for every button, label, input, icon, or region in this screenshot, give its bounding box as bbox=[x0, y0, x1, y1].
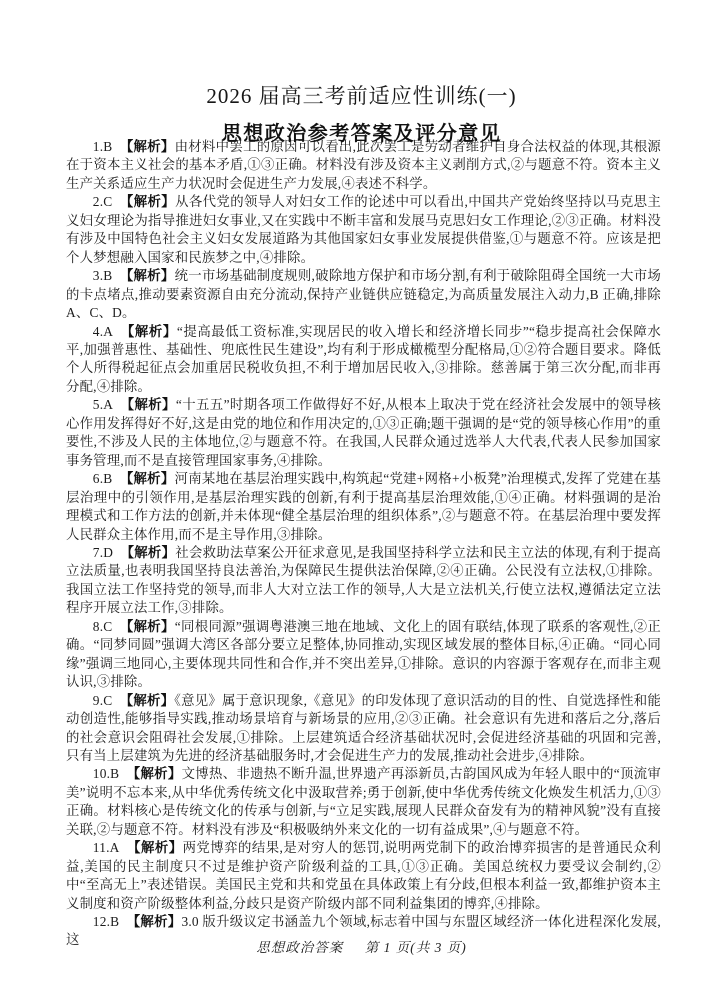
answer-list: 1.B【解析】由材料中罢工的原因可以看出,此次罢工是劳动者维护自身合法权益的体现… bbox=[66, 138, 661, 950]
question-number-and-answer: 1.B bbox=[93, 139, 113, 154]
answer-item: 5.A【解析】“十五五”时期各项工作做得好不好,从根本上取决于党在经济社会发展中… bbox=[66, 396, 661, 470]
answer-item: 8.C【解析】“同根同源”强调粤港澳三地在地域、文化上的固有联结,体现了联系的客… bbox=[66, 618, 661, 692]
question-number-and-answer: 7.D bbox=[93, 545, 113, 560]
answer-item: 11.A【解析】两党博弈的结果,是对穷人的惩罚,说明两党制下的政治博弈损害的是普… bbox=[66, 839, 661, 913]
question-number-and-answer: 2.C bbox=[93, 194, 113, 209]
question-number-and-answer: 10.B bbox=[93, 766, 119, 781]
answer-item: 1.B【解析】由材料中罢工的原因可以看出,此次罢工是劳动者维护自身合法权益的体现… bbox=[66, 138, 661, 193]
answer-item: 4.A【解析】“提高最低工资标准,实现居民的收入增长和经济增长同步”“稳步提高社… bbox=[66, 323, 661, 397]
analysis-tag: 【解析】 bbox=[120, 324, 176, 339]
question-number-and-answer: 9.C bbox=[93, 693, 113, 708]
header: 2026 届高三考前适应性训练(一) 思想政治参考答案及评分意见 bbox=[0, 0, 723, 146]
answer-sheet-page: 2026 届高三考前适应性训练(一) 思想政治参考答案及评分意见 1.B【解析】… bbox=[0, 0, 723, 1006]
analysis-tag: 【解析】 bbox=[127, 766, 182, 781]
analysis-tag: 【解析】 bbox=[120, 139, 175, 154]
footer-doc-label: 思想政治答案 bbox=[256, 940, 343, 955]
analysis-tag: 【解析】 bbox=[120, 397, 175, 412]
analysis-tag: 【解析】 bbox=[120, 194, 175, 209]
answer-item: 2.C【解析】从各代党的领导人对妇女工作的论述中可以看出,中国共产党始终坚持以马… bbox=[66, 193, 661, 267]
page-footer: 思想政治答案第 1 页(共 3 页) bbox=[0, 936, 723, 956]
analysis-tag: 【解析】 bbox=[120, 268, 175, 283]
analysis-tag: 【解析】 bbox=[120, 693, 174, 708]
analysis-tag: 【解析】 bbox=[120, 471, 175, 486]
footer-page-info: 第 1 页(共 3 页) bbox=[365, 940, 467, 955]
question-number-and-answer: 5.A bbox=[93, 397, 113, 412]
question-number-and-answer: 8.C bbox=[93, 619, 113, 634]
answer-item: 7.D【解析】社会救助法草案公开征求意见,是我国坚持科学立法和民主立法的体现,有… bbox=[66, 544, 661, 618]
answer-item: 10.B【解析】文博热、非遗热不断升温,世界遗产再添新员,古韵国风成为年轻人眼中… bbox=[66, 765, 661, 839]
analysis-tag: 【解析】 bbox=[127, 840, 183, 855]
answer-item: 9.C【解析】《意见》属于意识现象,《意见》的印发体现了意识活动的目的性、自觉选… bbox=[66, 692, 661, 766]
question-number-and-answer: 11.A bbox=[93, 840, 120, 855]
answer-item: 3.B【解析】统一市场基础制度规则,破除地方保护和市场分割,有利于破除阻碍全国统… bbox=[66, 267, 661, 322]
analysis-tag: 【解析】 bbox=[120, 545, 175, 560]
analysis-tag: 【解析】 bbox=[127, 914, 182, 929]
question-number-and-answer: 3.B bbox=[93, 268, 113, 283]
question-number-and-answer: 4.A bbox=[93, 324, 113, 339]
answer-item: 6.B【解析】河南某地在基层治理实践中,构筑起“党建+网格+小板凳”治理模式,发… bbox=[66, 470, 661, 544]
exam-title: 2026 届高三考前适应性训练(一) bbox=[0, 80, 723, 110]
question-number-and-answer: 6.B bbox=[93, 471, 113, 486]
analysis-tag: 【解析】 bbox=[120, 619, 175, 634]
question-number-and-answer: 12.B bbox=[93, 914, 119, 929]
